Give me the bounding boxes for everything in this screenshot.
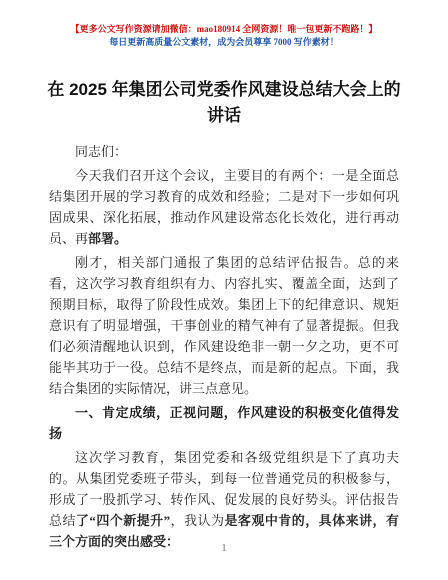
watermark-line-red: 【更多公文写作资源请加微信：mao180914 全网资源！唯一包更新不跑路！】 [0,23,448,36]
paragraph: 刚才，相关部门通报了集团的总结评估报告。总的来看，这次学习教育组织有力、内容扎实… [49,252,399,399]
paragraph: 今天我们召开这个会议，主要目的有两个：一是全面总结集团开展的学习教育的成效和经验… [49,165,399,249]
page-number: 1 [0,542,448,554]
section-heading: 一、肯定成绩，正视问题，作风建设的积极变化值得发扬 [49,402,399,444]
watermark-header: 【更多公文写作资源请加微信：mao180914 全网资源！唯一包更新不跑路！】 … [0,0,448,49]
document-title: 在 2025 年集团公司党委作风建设总结大会上的讲话 [46,77,402,129]
paragraph: 这次学习教育，集团党委和各级党组织是下了真功夫的。从集团党委班子带头，到每一位普… [49,447,399,552]
document-page: 【更多公文写作资源请加微信：mao180914 全网资源！唯一包更新不跑路！】 … [0,0,448,580]
paragraph: 同志们： [49,141,399,162]
document-body: 同志们：今天我们召开这个会议，主要目的有两个：一是全面总结集团开展的学习教育的成… [49,141,399,552]
watermark-line-blue: 每日更新高质量公文素材，成为会员尊享 7000 写作素材！ [0,36,448,49]
